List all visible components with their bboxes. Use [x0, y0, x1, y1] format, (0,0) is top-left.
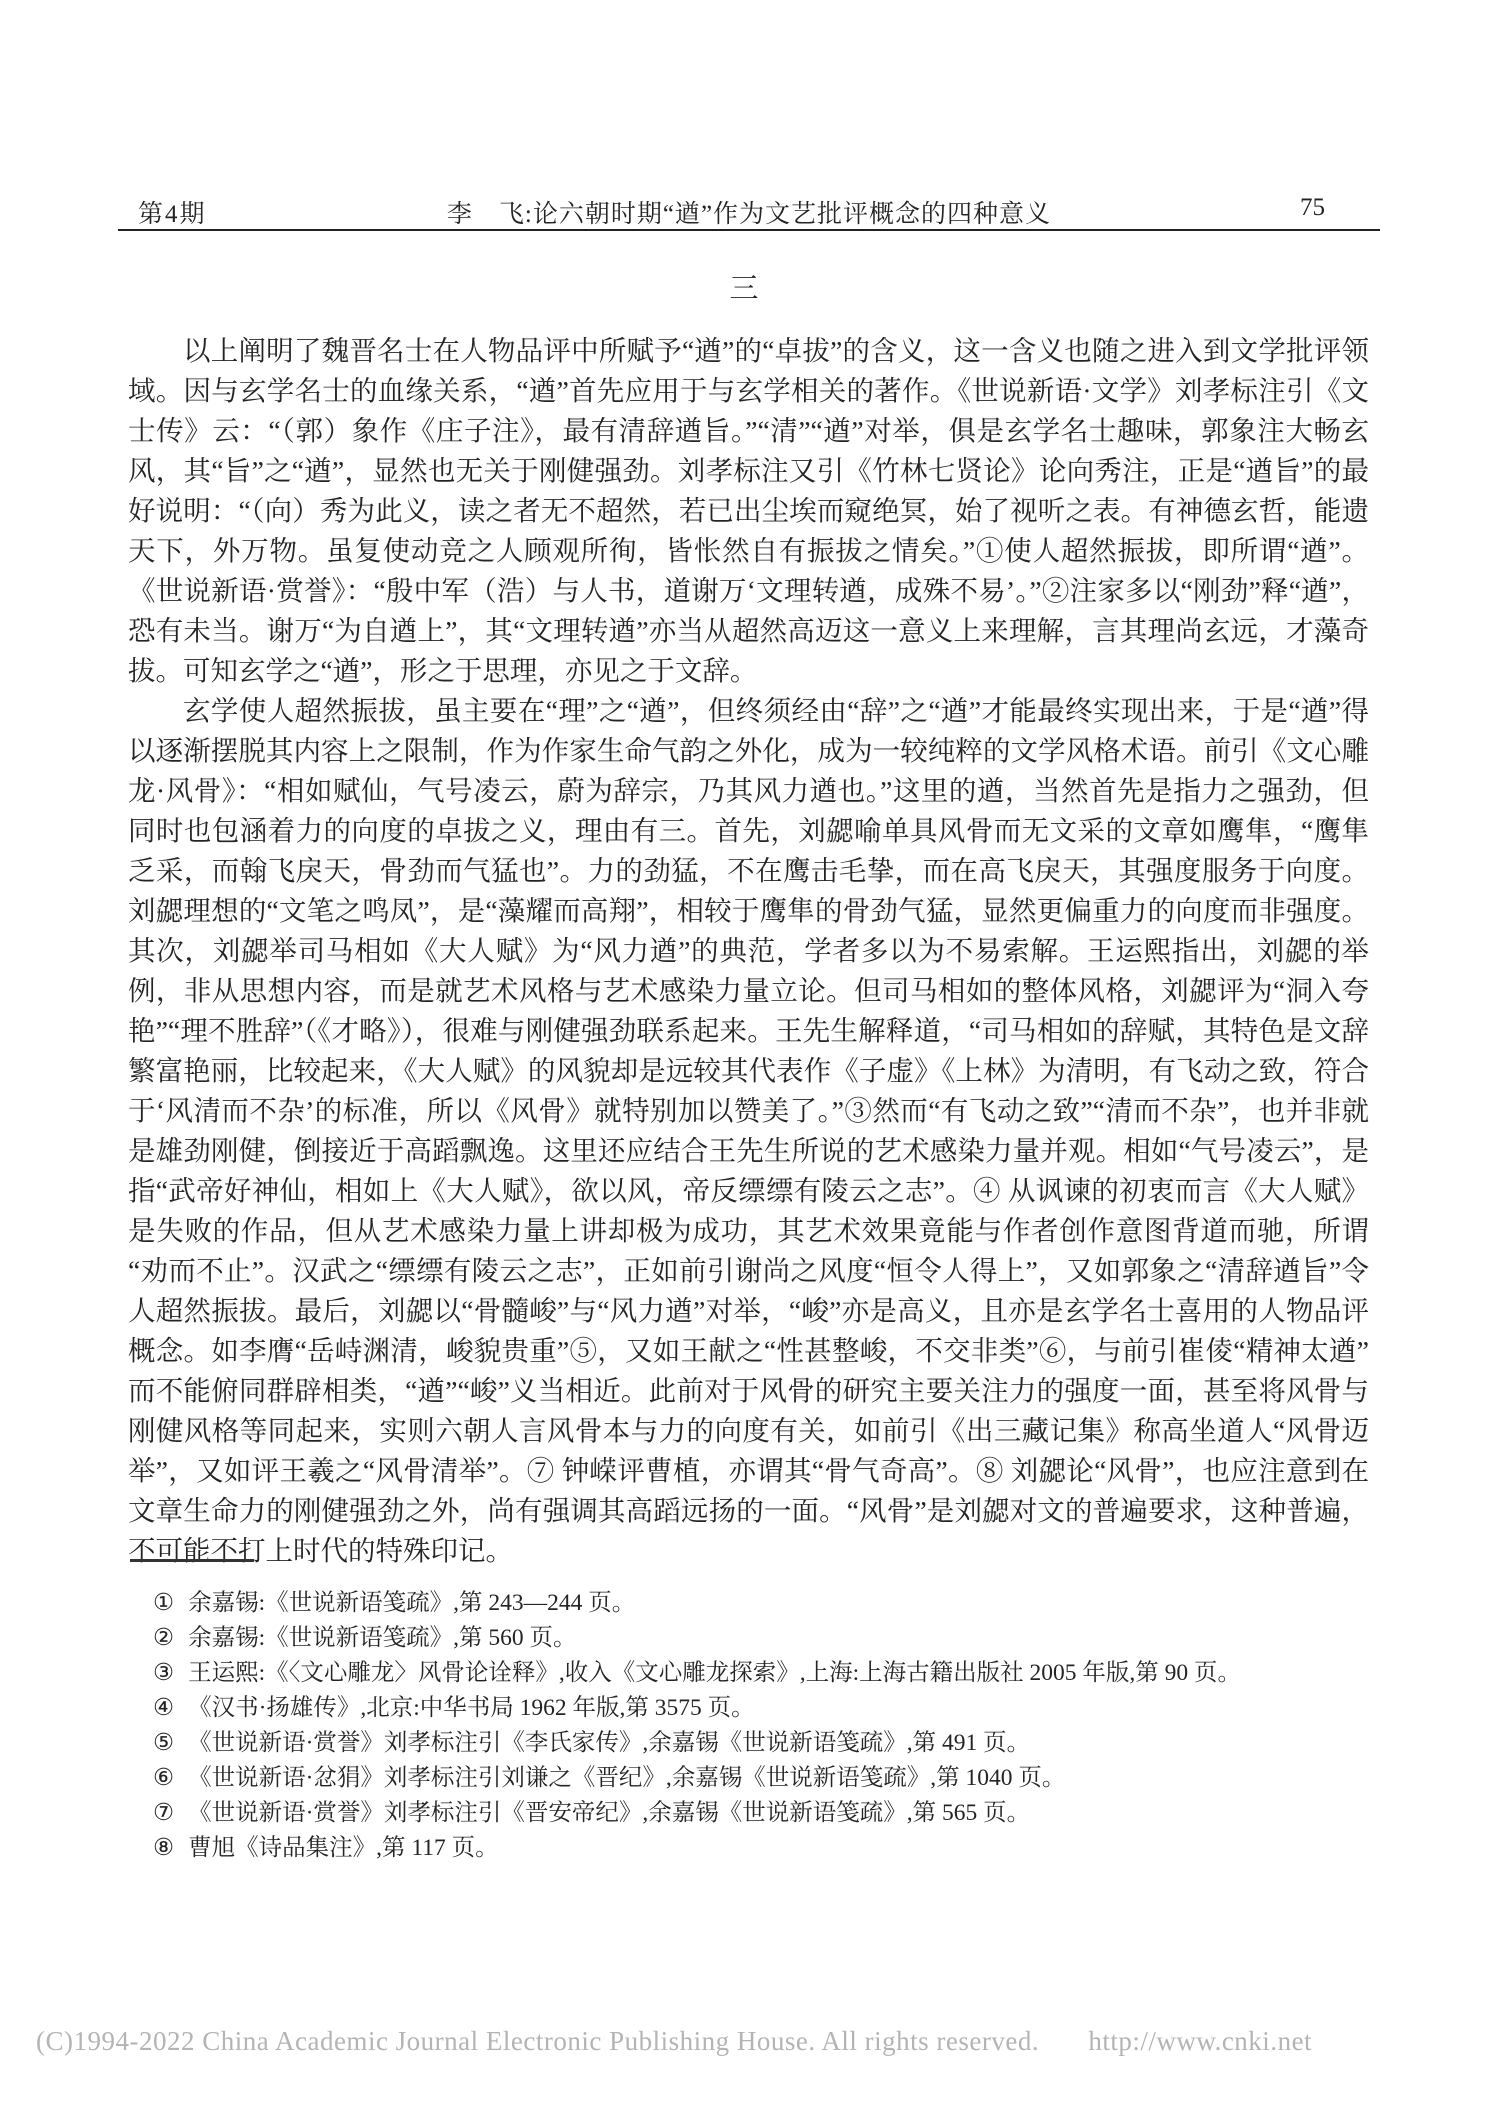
footnote-number: ②	[153, 1621, 174, 1656]
body-paragraph: 玄学使人超然振拔，虽主要在“理”之“遒”，但终须经由“辞”之“遒”才能最终实现出…	[128, 691, 1369, 1571]
running-title: 李 飞:论六朝时期“遒”作为文艺批评概念的四种意义	[118, 194, 1380, 230]
footnote-text: 王运熙:《〈文心雕龙〉风骨论诠释》,收入《文心雕龙探索》,上海:上海古籍出版社 …	[188, 1656, 1376, 1691]
footnote-number: ④	[153, 1691, 174, 1726]
footnote-text: 余嘉锡:《世说新语笺疏》,第 243—244 页。	[188, 1586, 1376, 1621]
footnote-number: ⑧	[153, 1831, 174, 1866]
page-number: 75	[1300, 194, 1325, 222]
section-heading: 三	[0, 266, 1488, 307]
footnote-item: ⑧ 曹旭《诗品集注》,第 117 页。	[128, 1831, 1376, 1866]
header-rule	[118, 229, 1380, 231]
running-header: 第4期 李 飞:论六朝时期“遒”作为文艺批评概念的四种意义 75	[118, 194, 1380, 230]
footnote-text: 《世说新语·赏誉》刘孝标注引《李氏家传》,余嘉锡《世说新语笺疏》,第 491 页…	[188, 1726, 1376, 1761]
footnote-number: ①	[153, 1586, 174, 1621]
footnote-item: ⑤ 《世说新语·赏誉》刘孝标注引《李氏家传》,余嘉锡《世说新语笺疏》,第 491…	[128, 1726, 1376, 1761]
footnote-text: 余嘉锡:《世说新语笺疏》,第 560 页。	[188, 1621, 1376, 1656]
footnote-item: ④ 《汉书·扬雄传》,北京:中华书局 1962 年版,第 3575 页。	[128, 1691, 1376, 1726]
footnote-item: ② 余嘉锡:《世说新语笺疏》,第 560 页。	[128, 1621, 1376, 1656]
footnotes-section: ① 余嘉锡:《世说新语笺疏》,第 243—244 页。 ② 余嘉锡:《世说新语笺…	[128, 1586, 1376, 1866]
footnote-text: 《汉书·扬雄传》,北京:中华书局 1962 年版,第 3575 页。	[188, 1691, 1376, 1726]
footnote-number: ⑥	[153, 1761, 174, 1796]
footnote-number: ⑤	[153, 1726, 174, 1761]
footnote-number: ⑦	[153, 1796, 174, 1831]
footnote-item: ⑦ 《世说新语·赏誉》刘孝标注引《晋安帝纪》,余嘉锡《世说新语笺疏》,第 565…	[128, 1796, 1376, 1831]
journal-page: { "colors": { "text": "#242424", "rule":…	[0, 0, 1488, 2105]
footnote-text: 《世说新语·赏誉》刘孝标注引《晋安帝纪》,余嘉锡《世说新语笺疏》,第 565 页…	[188, 1796, 1376, 1831]
footnote-item: ③ 王运熙:《〈文心雕龙〉风骨论诠释》,收入《文心雕龙探索》,上海:上海古籍出版…	[128, 1656, 1376, 1691]
footnote-text: 曹旭《诗品集注》,第 117 页。	[188, 1831, 1376, 1866]
footnote-number: ③	[153, 1656, 174, 1691]
footnote-separator-rule	[130, 1559, 254, 1562]
article-body: 以上阐明了魏晋名士在人物品评中所赋予“遒”的“卓拔”的含义，这一含义也随之进入到…	[128, 331, 1369, 1571]
footnote-item: ⑥ 《世说新语·忿狷》刘孝标注引刘谦之《晋纪》,余嘉锡《世说新语笺疏》,第 10…	[128, 1761, 1376, 1796]
footnote-item: ① 余嘉锡:《世说新语笺疏》,第 243—244 页。	[128, 1586, 1376, 1621]
cnki-url: http://www.cnki.net	[1088, 2026, 1312, 2056]
copyright-text: (C)1994-2022 China Academic Journal Elec…	[36, 2026, 1039, 2056]
cnki-watermark: (C)1994-2022 China Academic Journal Elec…	[36, 2026, 1466, 2057]
body-paragraph: 以上阐明了魏晋名士在人物品评中所赋予“遒”的“卓拔”的含义，这一含义也随之进入到…	[128, 331, 1369, 691]
footnote-text: 《世说新语·忿狷》刘孝标注引刘谦之《晋纪》,余嘉锡《世说新语笺疏》,第 1040…	[188, 1761, 1376, 1796]
